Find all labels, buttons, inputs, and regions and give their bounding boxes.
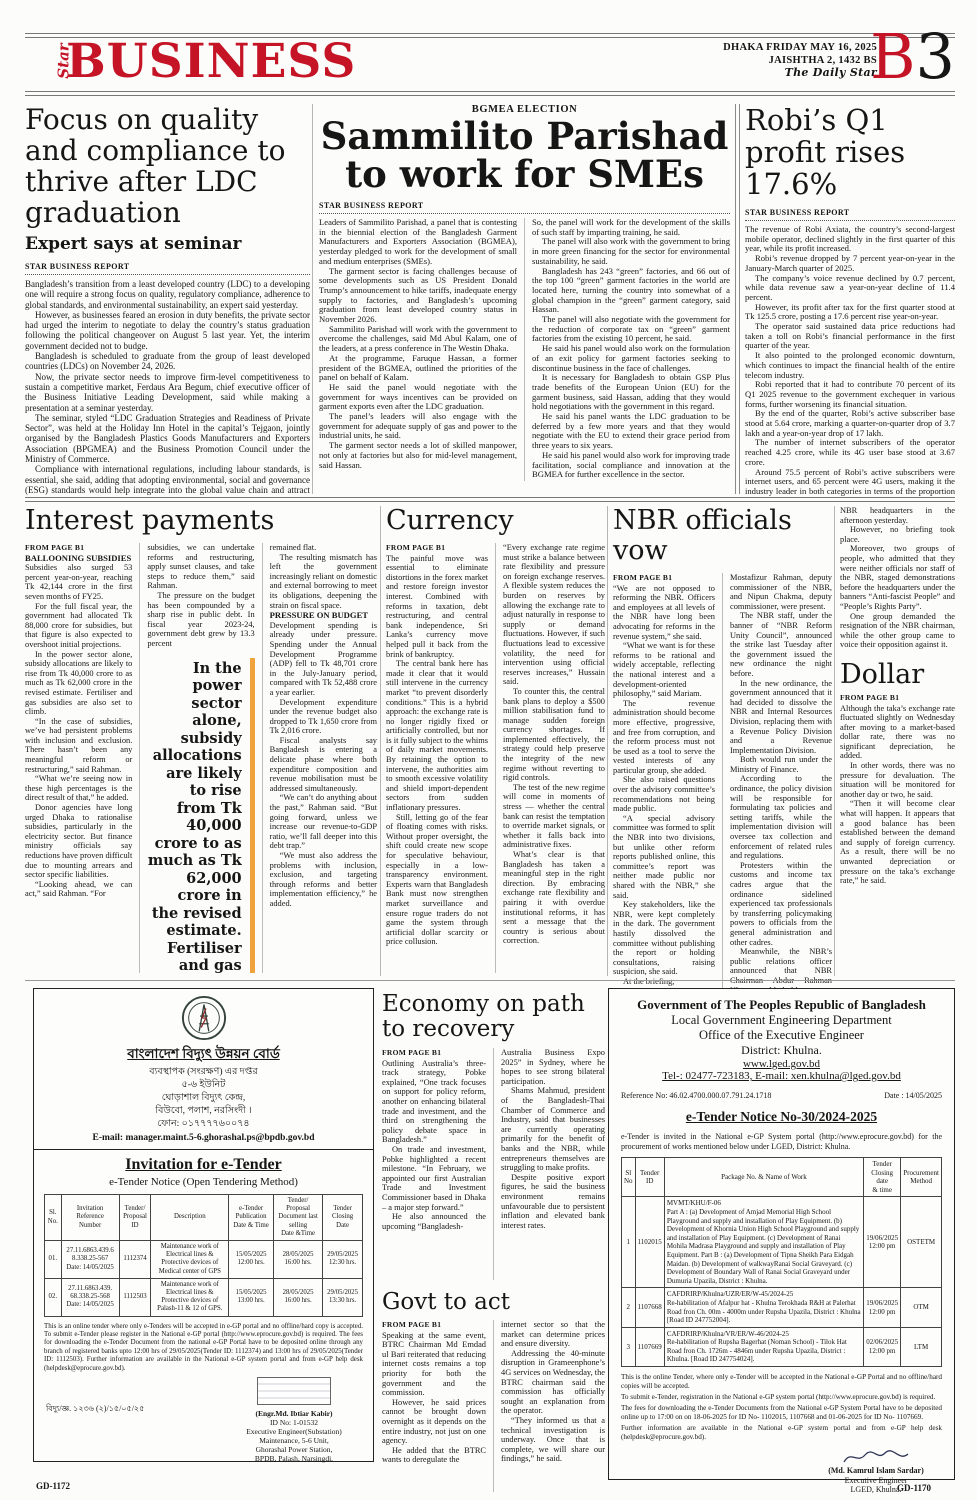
table-cell: 1112503 bbox=[119, 1278, 151, 1316]
article-bgmea-columns: Leaders of Sammilito Parishad, a panel t… bbox=[319, 218, 730, 481]
paragraph: The garment sector is facing challenges … bbox=[319, 267, 517, 325]
interest-col3: remained flat.The resulting mismatch has… bbox=[262, 543, 377, 973]
paragraph: The pressure on the budget has been comp… bbox=[147, 591, 254, 649]
byline-rule bbox=[25, 274, 310, 275]
table-header-cell: e-Tender Publication Date & Time bbox=[229, 1195, 274, 1241]
paragraph: Despite positive export figures, he said… bbox=[501, 1173, 605, 1231]
bpdb-org-name: বাংলাদেশ বিদ্যুৎ উন্নয়ন বোর্ড bbox=[44, 1043, 363, 1066]
bpdb-phone-line: ফোন: ০১৭৭৭৭৬০০৭৪ bbox=[44, 1118, 363, 1131]
lged-signer-name: (Md. Kamrul Islam Sardar) bbox=[811, 1466, 941, 1476]
economy-col2: Australia Business Expo 2025” in Sydney,… bbox=[493, 1048, 605, 1280]
paragraph: In the power sector alone, subsidy alloc… bbox=[25, 650, 132, 717]
table-cell: OTM bbox=[901, 1288, 942, 1327]
paragraph: It also pointed to the prolonged economi… bbox=[745, 351, 955, 380]
bpdb-station-line: ঘোড়াশাল বিদ্যুৎ কেন্দ্র, bbox=[44, 1092, 363, 1105]
paragraph: Mostafizur Rahman, deputy commissioner o… bbox=[730, 573, 832, 611]
table-cell: 19/06/2025 12:00 pm bbox=[864, 1197, 901, 1288]
paragraph: The resulting mismatch has left the gove… bbox=[270, 553, 377, 611]
from-page-label: FROM PAGE B1 bbox=[25, 543, 132, 553]
currency-title: Currency bbox=[386, 506, 605, 536]
page-number: B3 bbox=[870, 26, 955, 88]
lged-reference-row: Reference No: 46.02.4700.000.07.791.24.1… bbox=[621, 1091, 942, 1100]
from-page-label: FROM PAGE B1 bbox=[386, 543, 488, 553]
paragraph: He added that the BTRC wants to deregula… bbox=[382, 1446, 486, 1465]
nbr-col2: Mostafizur Rahman, deputy commissioner o… bbox=[722, 573, 832, 1003]
double-column-separator bbox=[735, 104, 740, 494]
paragraph: Robi reported that it had to contribute … bbox=[745, 380, 955, 409]
bpdb-unit-line: ৫-৬ ইউনিট bbox=[44, 1079, 363, 1092]
paragraph: Addressing the 40-minute disruption in G… bbox=[501, 1349, 605, 1416]
article-ldc-byline: STAR BUSINESS REPORT bbox=[25, 262, 310, 271]
table-cell: 28/05/2025 16:00 hrs. bbox=[273, 1278, 322, 1316]
bpdb-reference-bn: বিদ্যু/জ্ঞ. ১২৩৬ (২)/১৫/০৫/২৫ bbox=[46, 1403, 144, 1416]
gd-number-right: GD-1170 bbox=[897, 1483, 931, 1493]
table-header-cell: Tender/ Proposal Document last selling D… bbox=[273, 1195, 322, 1241]
lged-date: Date : 14/05/2025 bbox=[884, 1091, 942, 1100]
table-cell: 27.11.6863.439.6 8.338.25-567 Date: 14/0… bbox=[61, 1241, 119, 1279]
currency-col2: “Every exchange rate regime must strike … bbox=[495, 543, 605, 973]
table-cell: 1102015 bbox=[635, 1197, 664, 1288]
table-header-cell: Tender Closing date & time bbox=[864, 1158, 901, 1197]
paragraph: The test of the new regime will come in … bbox=[503, 783, 605, 850]
dateline-block: DHAKA FRIDAY MAY 16, 2025 JAISHTHA 2, 14… bbox=[723, 42, 877, 80]
dollar-body: Although the taka’s exchange rate fluctu… bbox=[840, 704, 955, 886]
paragraph: The panel’s leaders will also engage wit… bbox=[319, 412, 517, 441]
interest-col2: subsidies, we can undertake reforms and … bbox=[139, 543, 254, 973]
paragraph: “In the case of subsidies, we’ve had per… bbox=[25, 717, 132, 775]
bottom-band-rule bbox=[25, 980, 955, 981]
lged-intro-text: e-Tender is invited in the National e-GP… bbox=[621, 1132, 942, 1152]
paragraph: Bangladesh’s transition from a least dev… bbox=[25, 279, 310, 310]
paragraph: It is necessary for Bangladesh to obtain… bbox=[532, 373, 730, 412]
table-header-row: Sl NoTender IDPackage No. & Name of Work… bbox=[622, 1158, 942, 1197]
paper-name: The Daily Star bbox=[723, 67, 877, 80]
article-bgmea-byline: STAR BUSINESS REPORT bbox=[319, 201, 730, 210]
paragraph: Fiscal analysts say Bangladesh is enteri… bbox=[270, 736, 377, 794]
paragraph: On trade and investment, Pobke highlight… bbox=[382, 1145, 486, 1212]
column-separator bbox=[312, 104, 313, 494]
article-bgmea-headline: Sammilito Parishad to work for SMEs bbox=[319, 117, 730, 193]
paragraph: At the briefing, bbox=[613, 977, 715, 987]
table-row: 31107669CAFDRIRP/Khulna/VR/ER/W-46/2024-… bbox=[622, 1327, 942, 1366]
paragraph: Sammilito Parishad will work with the go… bbox=[319, 325, 517, 354]
bpdb-tender-notice: বাংলাদেশ বিদ্যুৎ উন্নয়ন বোর্ড ব্যবস্থাপ… bbox=[33, 988, 374, 1462]
table-cell: 29/05/2025 13:30 hrs. bbox=[323, 1278, 363, 1316]
bpdb-fine-print: This is an online tender where only e-Te… bbox=[44, 1323, 363, 1373]
paragraph: In other words, there was no pressure fo… bbox=[840, 761, 955, 799]
table-cell: 29/05/2025 12:30 hrs. bbox=[323, 1241, 363, 1279]
signer-name: (Engr.Md. Ibtiar Kabir) bbox=[229, 1409, 359, 1418]
currency-col1: FROM PAGE B1The painful move was essenti… bbox=[386, 543, 488, 973]
paragraph: The panel will also work with the govern… bbox=[532, 237, 730, 266]
paragraph: The seminar, styled “LDC Graduation Stra… bbox=[25, 413, 310, 464]
paragraph: So, the panel will work for the developm… bbox=[532, 218, 730, 237]
paragraph: Robi’s revenue dropped by 7 percent year… bbox=[745, 254, 955, 273]
paragraph: Still, letting go of the fear of floatin… bbox=[386, 813, 488, 947]
interest-col1: FROM PAGE B1BALLOONING SUBSIDIESSubsidie… bbox=[25, 543, 132, 973]
paragraph: “They informed us that a technical inves… bbox=[501, 1416, 605, 1464]
govt-columns: FROM PAGE B1Speaking at the same event, … bbox=[382, 1320, 605, 1492]
lged-notes: This is the online Tender, where only e-… bbox=[621, 1373, 942, 1442]
signer-org: BPDB, Palash, Narsingdi. bbox=[229, 1454, 359, 1463]
paragraph: “What we want is for these reforms to be… bbox=[613, 641, 715, 699]
dollar-title: Dollar bbox=[840, 660, 955, 690]
table-header-cell: Package No. & Name of Work bbox=[664, 1158, 863, 1197]
page-letter: B bbox=[870, 20, 916, 93]
paragraph: internet sector so that the market can d… bbox=[501, 1320, 605, 1349]
table-cell: 2 bbox=[622, 1288, 636, 1327]
paragraph: Bangladesh has 243 “green” factories, an… bbox=[532, 267, 730, 316]
section-nbr-continued: NBR headquarters in the afternoon yester… bbox=[840, 506, 955, 976]
lged-gov-line2: Local Government Engineering Department bbox=[621, 1013, 942, 1028]
page-digit: 3 bbox=[916, 20, 955, 93]
paragraph: The garment sector needs a lot of skille… bbox=[319, 441, 517, 470]
article-ldc-deck: Expert says at seminar bbox=[25, 234, 310, 254]
bpdb-email: E-mail: manager.maint.5-6.ghorashal.ps@b… bbox=[44, 1133, 363, 1143]
pull-quote: In the power sector alone, subsidy alloc… bbox=[147, 658, 254, 973]
official-stamp bbox=[257, 1377, 331, 1405]
table-cell: OSTETM bbox=[901, 1197, 942, 1288]
dateline-1: DHAKA FRIDAY MAY 16, 2025 bbox=[723, 42, 877, 55]
paragraph: Although the taka’s exchange rate fluctu… bbox=[840, 704, 955, 762]
paragraph: “We can’t do anything about the past,” R… bbox=[270, 793, 377, 851]
bpdb-invitation-subtitle: e-Tender Notice (Open Tendering Method) bbox=[44, 1176, 363, 1188]
section-nbr: NBR officials vow FROM PAGE B1“We are no… bbox=[613, 506, 832, 976]
paragraph: The panel will also negotiate with the g… bbox=[532, 315, 730, 344]
paragraph: The company’s voice revenue declined by … bbox=[745, 274, 955, 303]
lged-note-1: This is the online Tender, where only e-… bbox=[621, 1373, 942, 1391]
paragraph: Protesters within the customs and income… bbox=[730, 861, 832, 947]
paragraph: He said the panel would negotiate with t… bbox=[319, 383, 517, 412]
section-interest-payments: Interest payments FROM PAGE B1BALLOONING… bbox=[25, 506, 377, 976]
table-cell: 1107668 bbox=[635, 1288, 664, 1327]
paragraph: The revenue administration should become… bbox=[613, 699, 715, 776]
table-header-cell: Tender ID bbox=[635, 1158, 664, 1197]
paragraph: NBR headquarters in the afternoon yester… bbox=[840, 506, 955, 525]
signer-id: ID No: 1-01532 bbox=[229, 1418, 359, 1427]
byline-rule bbox=[319, 213, 730, 214]
table-cell: 02/06/2025 12:00 pm bbox=[864, 1327, 901, 1366]
paragraph: Now, the private sector needs to improve… bbox=[25, 372, 310, 413]
paragraph: However, its profit after tax for the fi… bbox=[745, 303, 955, 322]
paragraph: He said his panel wants the LDC graduati… bbox=[532, 412, 730, 451]
article-ldc: Focus on quality and compliance to thriv… bbox=[25, 104, 310, 496]
article-robi-byline: STAR BUSINESS REPORT bbox=[745, 208, 955, 217]
paragraph: The number of internet subscribers of th… bbox=[745, 438, 955, 467]
section-masthead: BUSINESS bbox=[66, 38, 356, 85]
paragraph: Development spending is already under pr… bbox=[270, 621, 377, 698]
paragraph: The operator said sustained data price r… bbox=[745, 322, 955, 351]
section-separator bbox=[607, 506, 608, 976]
article-bgmea: BGMEA ELECTION Sammilito Parishad to wor… bbox=[319, 104, 730, 496]
table-header-cell: Tender Closing Date bbox=[323, 1195, 363, 1241]
newspaper-page: Star BUSINESS DHAKA FRIDAY MAY 16, 2025 … bbox=[0, 0, 977, 1500]
article-bgmea-col2: So, the panel will work for the developm… bbox=[524, 218, 730, 481]
table-cell: 1107669 bbox=[635, 1327, 664, 1366]
byline-rule bbox=[745, 220, 955, 221]
table-cell: 15/05/2025 13:00 hrs. bbox=[229, 1278, 274, 1316]
table-cell: 3 bbox=[622, 1327, 636, 1366]
signer-station: Ghorashal Power Station, bbox=[229, 1445, 359, 1454]
paragraph: By the end of the quarter, Robi’s active… bbox=[745, 409, 955, 438]
nbr-columns: FROM PAGE B1“We are not opposed to refor… bbox=[613, 573, 832, 1003]
article-ldc-body: Bangladesh’s transition from a least dev… bbox=[25, 279, 310, 496]
table-cell: CAFDRIRP/Khulna/VR/ER/W-46/2024-25 Re-ha… bbox=[664, 1327, 863, 1366]
table-header-cell: Tender/ Proposal ID bbox=[119, 1195, 151, 1241]
paragraph: Shams Mahmud, president of the Banglades… bbox=[501, 1086, 605, 1172]
table-header-cell: Invitation Reference Number bbox=[61, 1195, 119, 1241]
article-robi-body: The revenue of Robi Axiata, the country’… bbox=[745, 225, 955, 496]
article-robi: Robi’s Q1 profit rises 17.6% STAR BUSINE… bbox=[745, 104, 955, 496]
paragraph: To counter this, the central bank plans … bbox=[503, 687, 605, 783]
signer-title: Executive Engineer(Substation) bbox=[229, 1427, 359, 1436]
paragraph: “Every exchange rate regime must strike … bbox=[503, 543, 605, 687]
lged-gov-line1: Government of The Peoples Republic of Ba… bbox=[621, 997, 942, 1013]
paragraph: subsidies, we can undertake reforms and … bbox=[147, 543, 254, 591]
paragraph: Bangladesh is scheduled to graduate from… bbox=[25, 351, 310, 372]
lged-website: www.lged.gov.bd bbox=[621, 1058, 942, 1070]
paragraph: For the full fiscal year, the government… bbox=[25, 602, 132, 650]
article-ldc-headline: Focus on quality and compliance to thriv… bbox=[25, 104, 310, 228]
lged-gov-line3: Office of the Executive Engineer bbox=[621, 1028, 942, 1043]
bpdb-logo bbox=[44, 995, 363, 1041]
paragraph: The central bank here has made it clear … bbox=[386, 659, 488, 813]
nbr-col3: NBR headquarters in the afternoon yester… bbox=[840, 506, 955, 650]
table-header-cell: Description bbox=[151, 1195, 229, 1241]
paragraph: What’s clear is that Bangladesh has take… bbox=[503, 850, 605, 946]
from-page-label: FROM PAGE B1 bbox=[840, 693, 955, 703]
lged-note-3: The fees for downloading the e-Tender Do… bbox=[621, 1404, 942, 1422]
table-cell: 19/06/2025 12:00 pm bbox=[864, 1288, 901, 1327]
govt-col2: internet sector so that the market can d… bbox=[493, 1320, 605, 1492]
paragraph: He also announced the upcoming “Banglade… bbox=[382, 1212, 486, 1231]
paragraph: He said his panel would also work for im… bbox=[532, 451, 730, 480]
paragraph: The revenue of Robi Axiata, the country’… bbox=[745, 225, 955, 254]
bpdb-signature-area: বিদ্যু/জ্ঞ. ১২৩৬ (২)/১৫/০৫/২৫ (Engr.Md. … bbox=[44, 1377, 363, 1473]
lged-reference-no: Reference No: 46.02.4700.000.07.791.24.1… bbox=[621, 1091, 771, 1100]
table-header-cell: Sl. No. bbox=[45, 1195, 62, 1241]
table-cell: 1112374 bbox=[119, 1241, 151, 1279]
table-cell: LTM bbox=[901, 1327, 942, 1366]
section-economy: Economy on path to recovery FROM PAGE B1… bbox=[382, 992, 605, 1284]
table-header-cell: Procurement Method bbox=[901, 1158, 942, 1197]
paragraph: “We must also address the problems with … bbox=[270, 851, 377, 909]
section-separator bbox=[380, 506, 381, 976]
paragraph: Moreover, two groups of people, who admi… bbox=[840, 544, 955, 611]
subhead: PRESSURE ON BUDGET bbox=[270, 611, 377, 621]
paragraph: However, no briefing took place. bbox=[840, 525, 955, 544]
paragraph: The painful move was essential to elimin… bbox=[386, 554, 488, 660]
lged-district: District: Khulna. bbox=[621, 1043, 942, 1058]
gd-number-left: GD-1172 bbox=[36, 1481, 70, 1491]
paragraph: Leaders of Sammilito Parishad, a panel t… bbox=[319, 218, 517, 267]
paragraph: Key stakeholders, like the NBR, were kep… bbox=[613, 900, 715, 977]
lged-contact: Tel-: 02477-723183, E-mail: xen.khulna@l… bbox=[621, 1070, 942, 1082]
table-cell: 1 bbox=[622, 1197, 636, 1288]
paragraph: remained flat. bbox=[270, 543, 377, 553]
lged-tender-table: Sl NoTender IDPackage No. & Name of Work… bbox=[621, 1157, 942, 1367]
interest-columns: FROM PAGE B1BALLOONING SUBSIDIESSubsidie… bbox=[25, 543, 377, 973]
interest-title: Interest payments bbox=[25, 506, 377, 536]
economy-col1: FROM PAGE B1Outlining Australia’s three-… bbox=[382, 1048, 486, 1280]
bpdb-tender-table: Sl. No.Invitation Reference NumberTender… bbox=[44, 1194, 363, 1317]
paragraph: The NBR staff, under the banner of “NBR … bbox=[730, 611, 832, 678]
paragraph: Development expenditure under the revenu… bbox=[270, 698, 377, 736]
bpdb-invitation-title: Invitation for e-Tender bbox=[44, 1156, 363, 1174]
nbr-title: NBR officials vow bbox=[613, 506, 832, 566]
table-cell: Maintenance work of Electrical lines & P… bbox=[151, 1241, 229, 1279]
govt-col1: FROM PAGE B1Speaking at the same event, … bbox=[382, 1320, 486, 1492]
paragraph: According to the ordinance, the policy d… bbox=[730, 774, 832, 860]
paragraph: She also raised questions over the advis… bbox=[613, 775, 715, 813]
paragraph: Speaking at the same event, BTRC Chairma… bbox=[382, 1331, 486, 1398]
bpdb-address-line: বিউবো, পলাশ, নরসিংদী । bbox=[44, 1105, 363, 1118]
paragraph: “A special advisory committee was formed… bbox=[613, 814, 715, 900]
divider bbox=[34, 1149, 373, 1150]
table-cell: 02. bbox=[45, 1278, 62, 1316]
band-separator-rule bbox=[25, 497, 955, 502]
from-page-label: FROM PAGE B1 bbox=[613, 573, 715, 583]
bpdb-office-line: ব্যবস্থাপক (সংরক্ষণ) এর দপ্তর bbox=[44, 1066, 363, 1079]
section-currency: Currency FROM PAGE B1The painful move wa… bbox=[386, 506, 605, 976]
economy-title: Economy on path to recovery bbox=[382, 992, 605, 1042]
article-robi-headline: Robi’s Q1 profit rises 17.6% bbox=[745, 104, 955, 200]
table-row: 01.27.11.6863.439.6 8.338.25-567 Date: 1… bbox=[45, 1241, 363, 1279]
paragraph: However, he said prices cannot be brough… bbox=[382, 1398, 486, 1446]
paragraph: Subsidies also surged 53 percent year-on… bbox=[25, 563, 132, 601]
paragraph: However, as businesses feared an erosion… bbox=[25, 310, 310, 351]
lged-notice-title: e-Tender Notice No-30/2024-2025 bbox=[621, 1109, 942, 1125]
currency-columns: FROM PAGE B1The painful move was essenti… bbox=[386, 543, 605, 973]
table-cell: 27.11.6863.439. 68.338.25-568 Date: 14/0… bbox=[61, 1278, 119, 1316]
table-cell: 28/05/2025 16:00 hrs. bbox=[273, 1241, 322, 1279]
header-bottom-rule bbox=[25, 91, 955, 96]
paragraph: One group demanded the resignation of th… bbox=[840, 612, 955, 650]
from-page-label: FROM PAGE B1 bbox=[382, 1048, 486, 1058]
section-govt-to-act: Govt to act FROM PAGE B1Speaking at the … bbox=[382, 1290, 605, 1495]
from-page-label: FROM PAGE B1 bbox=[382, 1320, 486, 1330]
paragraph: Around 75.5 percent of Robi’s active sub… bbox=[745, 468, 955, 496]
paragraph: Donor agencies have long urged Dhaka to … bbox=[25, 803, 132, 880]
paragraph: “What we’re seeing now in these high per… bbox=[25, 774, 132, 803]
paragraph: Both would run under the Ministry of Fin… bbox=[730, 755, 832, 774]
section-separator bbox=[834, 506, 835, 976]
paragraph: “Looking ahead, we can act,” said Rahman… bbox=[25, 880, 132, 899]
table-cell: CAFDRIRP/Khulna/UZR/ER/W-45/2024-25 Re-h… bbox=[664, 1288, 863, 1327]
paragraph: In the new ordinance, the government ann… bbox=[730, 679, 832, 756]
table-header-row: Sl. No.Invitation Reference NumberTender… bbox=[45, 1195, 363, 1241]
paragraph: He said his panel would also work on the… bbox=[532, 344, 730, 373]
table-row: 21107668CAFDRIRP/Khulna/UZR/ER/W-45/2024… bbox=[622, 1288, 942, 1327]
table-row: 11102015MVMT/KHU/F-06 Part A : (a) Devel… bbox=[622, 1197, 942, 1288]
table-cell: 01. bbox=[45, 1241, 62, 1279]
economy-columns: FROM PAGE B1Outlining Australia’s three-… bbox=[382, 1048, 605, 1280]
nbr-col1: FROM PAGE B1“We are not opposed to refor… bbox=[613, 573, 715, 1003]
paragraph: At the programme, Faruque Hassan, a form… bbox=[319, 354, 517, 383]
table-row: 02.27.11.6863.439. 68.338.25-568 Date: 1… bbox=[45, 1278, 363, 1316]
signer-dept: Maintenance, 5-6 Unit, bbox=[229, 1436, 359, 1445]
paragraph: Outlining Australia’s three-track strate… bbox=[382, 1059, 486, 1145]
table-cell: 15/05/2025 12:00 hrs. bbox=[229, 1241, 274, 1279]
table-header-cell: Sl No bbox=[622, 1158, 636, 1197]
paragraph: “We are not opposed to reforming the NBR… bbox=[613, 584, 715, 642]
subhead: BALLOONING SUBSIDIES bbox=[25, 554, 132, 564]
signature-scribble bbox=[841, 1448, 911, 1466]
paragraph: “Then it will become clear what will hap… bbox=[840, 799, 955, 885]
lged-note-4: Further information are available in the… bbox=[621, 1424, 942, 1442]
paragraph: Compliance with international regulation… bbox=[25, 464, 310, 496]
lged-note-2: To submit e-Tender, registration in the … bbox=[621, 1393, 942, 1402]
bpdb-signature-block: (Engr.Md. Ibtiar Kabir) ID No: 1-01532 E… bbox=[229, 1377, 359, 1463]
govt-title: Govt to act bbox=[382, 1290, 605, 1315]
table-cell: Maintenance work of Electrical lines & P… bbox=[151, 1278, 229, 1316]
paragraph: Australia Business Expo 2025” in Sydney,… bbox=[501, 1048, 605, 1086]
article-bgmea-col1: Leaders of Sammilito Parishad, a panel t… bbox=[319, 218, 517, 481]
lged-tender-notice: Government of The Peoples Republic of Ba… bbox=[608, 988, 955, 1480]
table-cell: MVMT/KHU/F-06 Part A : (a) Development o… bbox=[664, 1197, 863, 1288]
